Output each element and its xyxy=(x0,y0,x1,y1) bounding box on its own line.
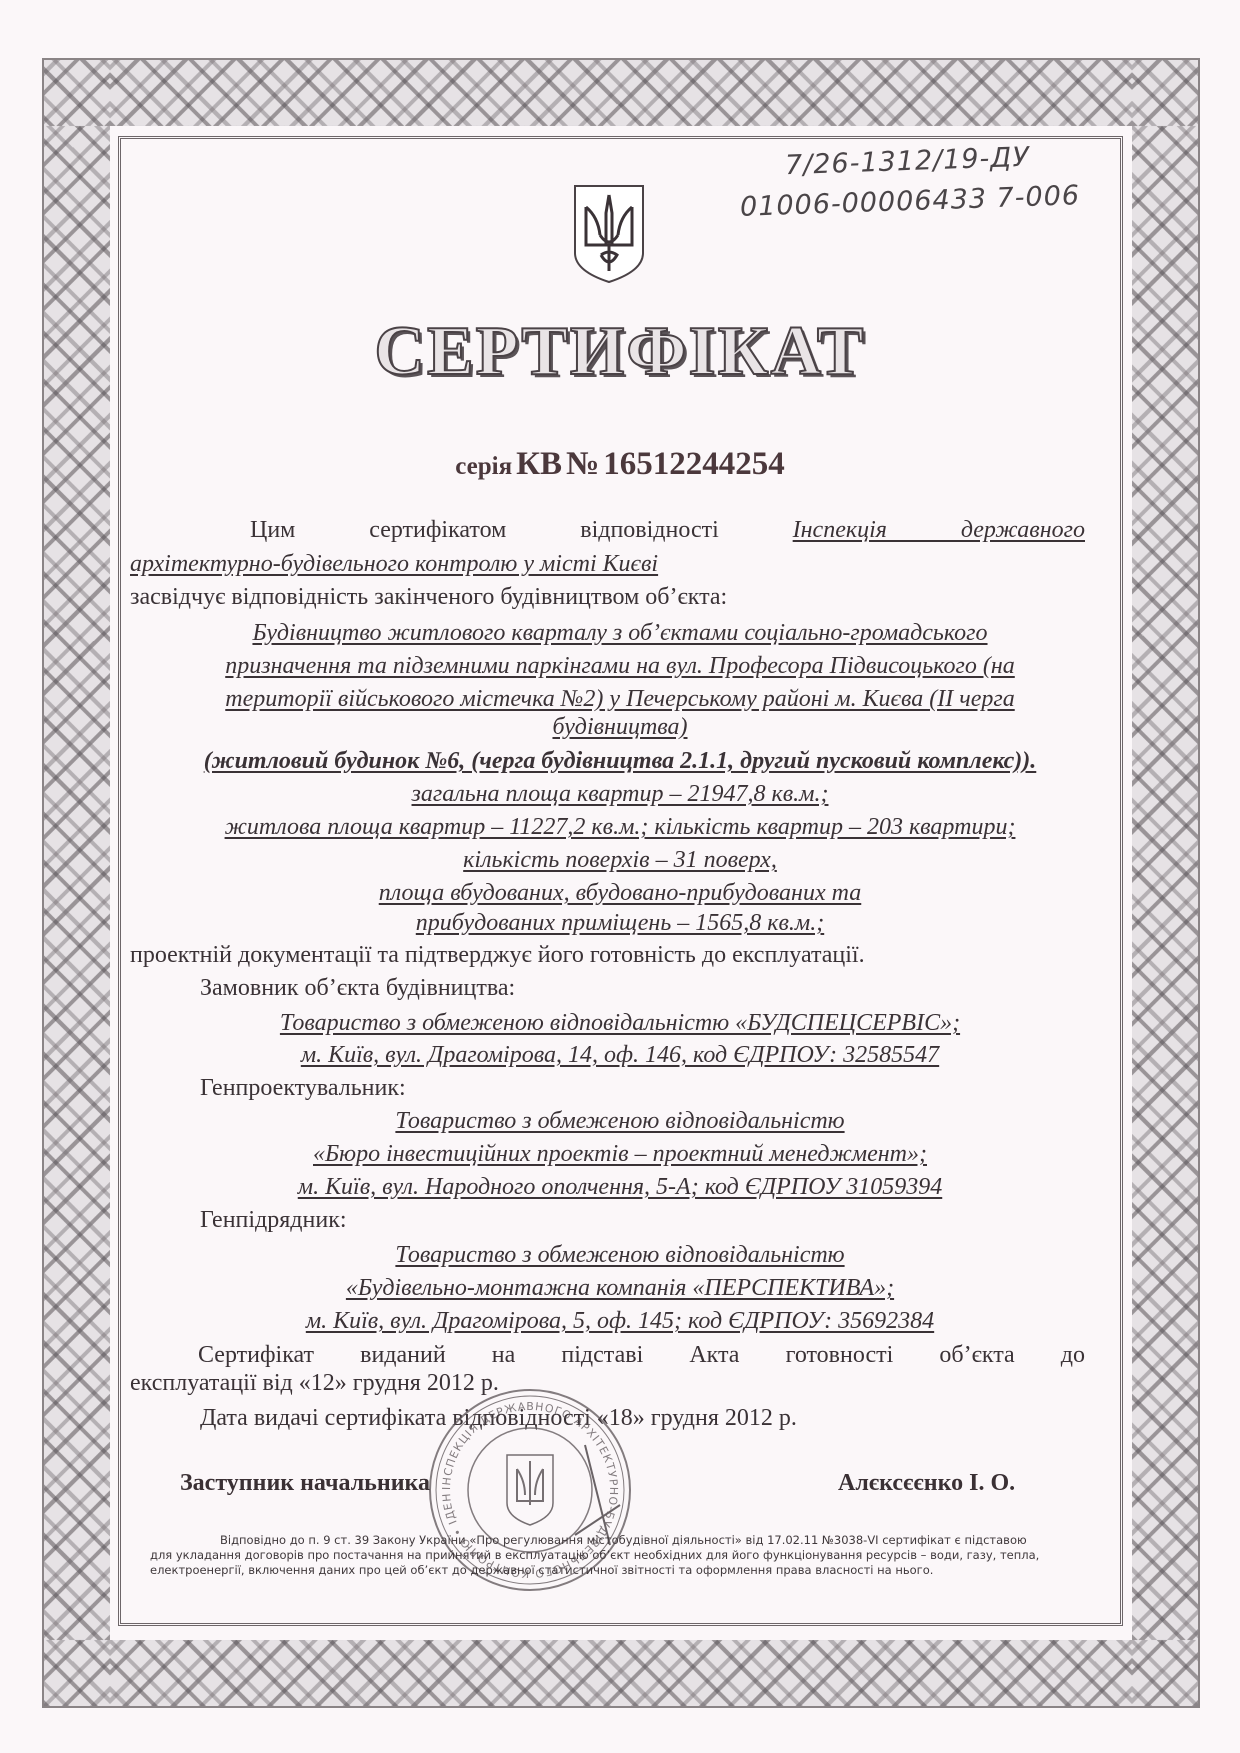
trident-coat-of-arms-icon xyxy=(572,183,646,285)
contractor-name-2: «Будівельно-монтажна компанія «ПЕРСПЕКТИ… xyxy=(130,1273,1110,1303)
series-label: серія xyxy=(455,453,512,480)
living-area-and-apartments: житлова площа квартир – 11227,2 кв.м.; к… xyxy=(130,812,1110,842)
legal-footnote: Відповідно до п. 9 ст. 39 Закону України… xyxy=(150,1533,1090,1578)
series-code: КВ xyxy=(516,446,562,482)
contractor-name-1: Товариство з обмеженою відповідальністю xyxy=(130,1240,1110,1270)
building-designation: (житловий будинок №6, (черга будівництва… xyxy=(130,746,1110,776)
certificate-page: 7/26-1312/19-ДУ 01006-00006433 7-006 СЕР… xyxy=(0,0,1240,1753)
designer-label: Генпроектувальник: xyxy=(200,1073,406,1103)
footnote-line-3: електроенергії, включення даних про цей … xyxy=(150,1563,1090,1578)
designer-address: м. Київ, вул. Народного ополчення, 5-А; … xyxy=(130,1172,1110,1202)
number-sign: № xyxy=(566,446,599,482)
signatory-name: Алєксєєнко І. О. xyxy=(838,1470,1015,1497)
total-apartment-area: загальна площа квартир – 21947,8 кв.м.; xyxy=(130,779,1110,809)
customer-address: м. Київ, вул. Драгомірова, 14, оф. 146, … xyxy=(130,1040,1110,1070)
basis-line-1: Сертифікат виданий на підставі Акта гото… xyxy=(130,1340,1085,1370)
customer-name: Товариство з обмеженою відповідальністю … xyxy=(130,1008,1110,1038)
footnote-line-2: для укладання договорів про постачання н… xyxy=(150,1548,1090,1563)
built-in-area-line-2: прибудованих приміщень – 1565,8 кв.м.; xyxy=(130,908,1110,938)
footnote-line-1: Відповідно до п. 9 ст. 39 Закону України… xyxy=(150,1533,1090,1548)
built-in-area-line-1: площа вбудованих, вбудовано-прибудованих… xyxy=(130,878,1110,908)
object-line-1: Будівництво житлового кварталу з об’єкта… xyxy=(130,618,1110,648)
designer-name-1: Товариство з обмеженою відповідальністю xyxy=(130,1106,1110,1136)
signatory-position: Заступник начальника xyxy=(180,1470,430,1497)
intro-line-1: Цим сертифікатом відповідності Інспекція… xyxy=(130,515,1085,545)
contractor-address: м. Київ, вул. Драгомірова, 5, оф. 145; к… xyxy=(130,1306,1110,1336)
contractor-label: Генпідрядник: xyxy=(200,1205,347,1235)
floor-count: кількість поверхів – 31 поверх, xyxy=(130,845,1110,875)
intro-lead: Цим сертифікатом відповідності xyxy=(250,517,719,543)
issuer-part-2-line: архітектурно-будівельного контролю у міс… xyxy=(130,549,658,579)
designer-name-2: «Бюро інвестиційних проектів – проектний… xyxy=(130,1139,1110,1169)
certificate-number: 16512244254 xyxy=(603,446,785,482)
certificate-series: серія КВ № 16512244254 xyxy=(0,446,1240,483)
conformity-statement: проектній документації та підтверджує йо… xyxy=(130,940,865,970)
object-line-2: призначення та підземними паркінгами на … xyxy=(130,651,1110,681)
issuer-part-2: архітектурно-будівельного контролю у міс… xyxy=(130,551,658,577)
customer-label: Замовник об’єкта будівництва: xyxy=(200,973,515,1003)
issuer-part-1: Інспекція державного xyxy=(793,517,1085,543)
certifies-text: засвідчує відповідність закінченого буді… xyxy=(130,582,727,612)
page-title: СЕРТИФІКАТ xyxy=(0,312,1240,392)
object-line-3: території військового містечка №2) у Печ… xyxy=(130,684,1110,714)
object-line-4: будівництва) xyxy=(130,712,1110,742)
